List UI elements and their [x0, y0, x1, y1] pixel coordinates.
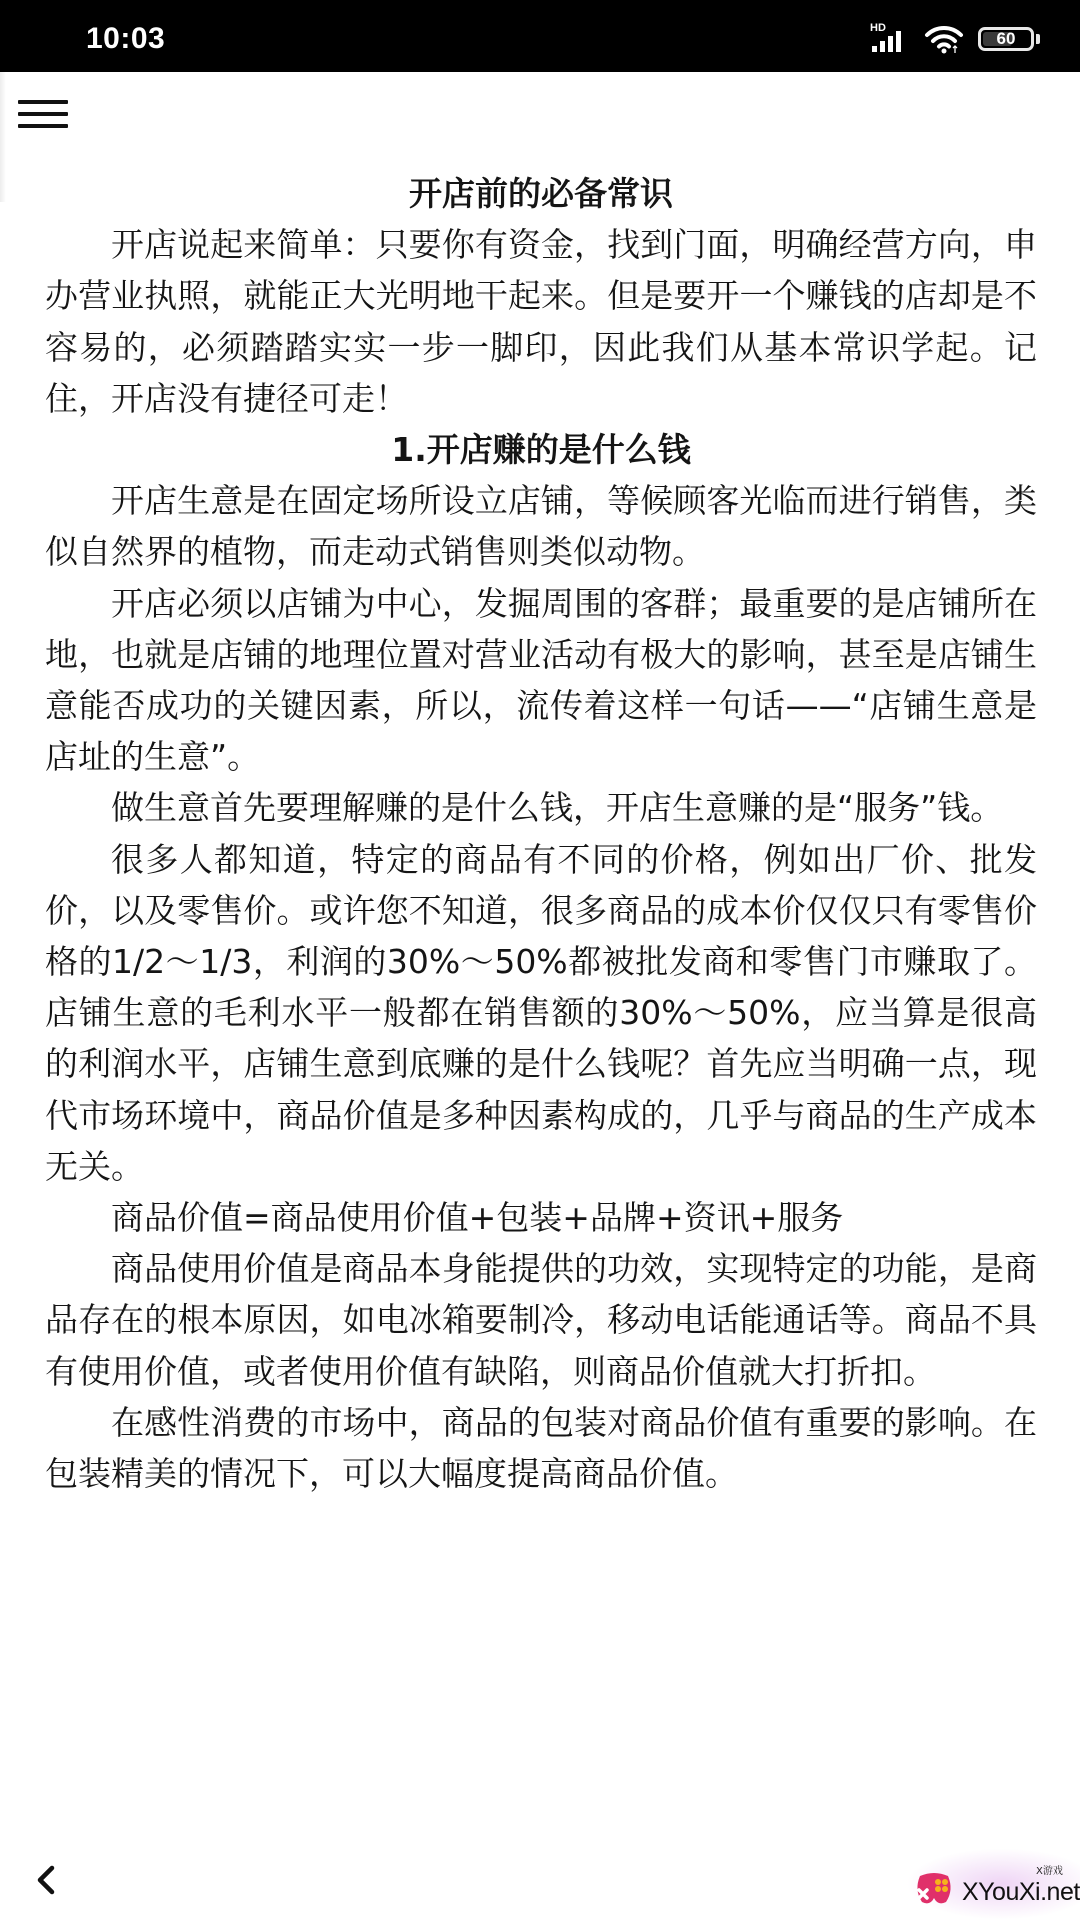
wifi-icon: [924, 24, 964, 54]
intro-paragraph: 开店说起来简单：只要你有资金，找到门面，明确经营方向，申办营业执照，就能正大光明…: [45, 219, 1037, 424]
status-time: 10:03: [86, 22, 165, 56]
paragraph: 商品使用价值是商品本身能提供的功效，实现特定的功能，是商品存在的根本原因，如电冰…: [45, 1243, 1037, 1397]
watermark-subtext: X游戏: [1036, 1862, 1063, 1877]
formula-paragraph: 商品价值=商品使用价值+包装+品牌+资讯+服务: [45, 1192, 1037, 1243]
paragraph: 开店必须以店铺为中心，发掘周围的客群；最重要的是店铺所在地，也就是店铺的地理位置…: [45, 578, 1037, 783]
article-content: 开店前的必备常识 开店说起来简单：只要你有资金，找到门面，明确经营方向，申办营业…: [45, 168, 1037, 1499]
drawer-edge: [0, 72, 6, 202]
paragraph: 开店生意是在固定场所设立店铺，等候顾客光临而进行销售，类似自然界的植物，而走动式…: [45, 475, 1037, 577]
chevron-left-icon: [30, 1862, 66, 1898]
watermark-text: XYouXi.net: [962, 1878, 1080, 1907]
status-bar: 10:03 HD 60: [0, 0, 1080, 72]
battery-icon: 60: [978, 27, 1034, 51]
article-title: 开店前的必备常识: [45, 168, 1037, 219]
battery-level: 60: [997, 29, 1016, 49]
watermark: X游戏 XYouXi.net: [906, 1848, 1080, 1920]
status-icons: HD 60: [870, 24, 1040, 54]
paragraph: 很多人都知道，特定的商品有不同的价格，例如出厂价、批发价，以及零售价。或许您不知…: [45, 834, 1037, 1192]
hamburger-menu-icon[interactable]: [18, 98, 70, 130]
back-button[interactable]: [30, 1862, 66, 1898]
section-heading: 1.开店赚的是什么钱: [45, 424, 1037, 475]
gamepad-logo-icon: [912, 1870, 956, 1910]
paragraph: 做生意首先要理解赚的是什么钱，开店生意赚的是“服务”钱。: [45, 782, 1037, 833]
paragraph: 在感性消费的市场中，商品的包装对商品价值有重要的影响。在包装精美的情况下，可以大…: [45, 1397, 1037, 1499]
signal-icon: HD: [870, 24, 910, 54]
